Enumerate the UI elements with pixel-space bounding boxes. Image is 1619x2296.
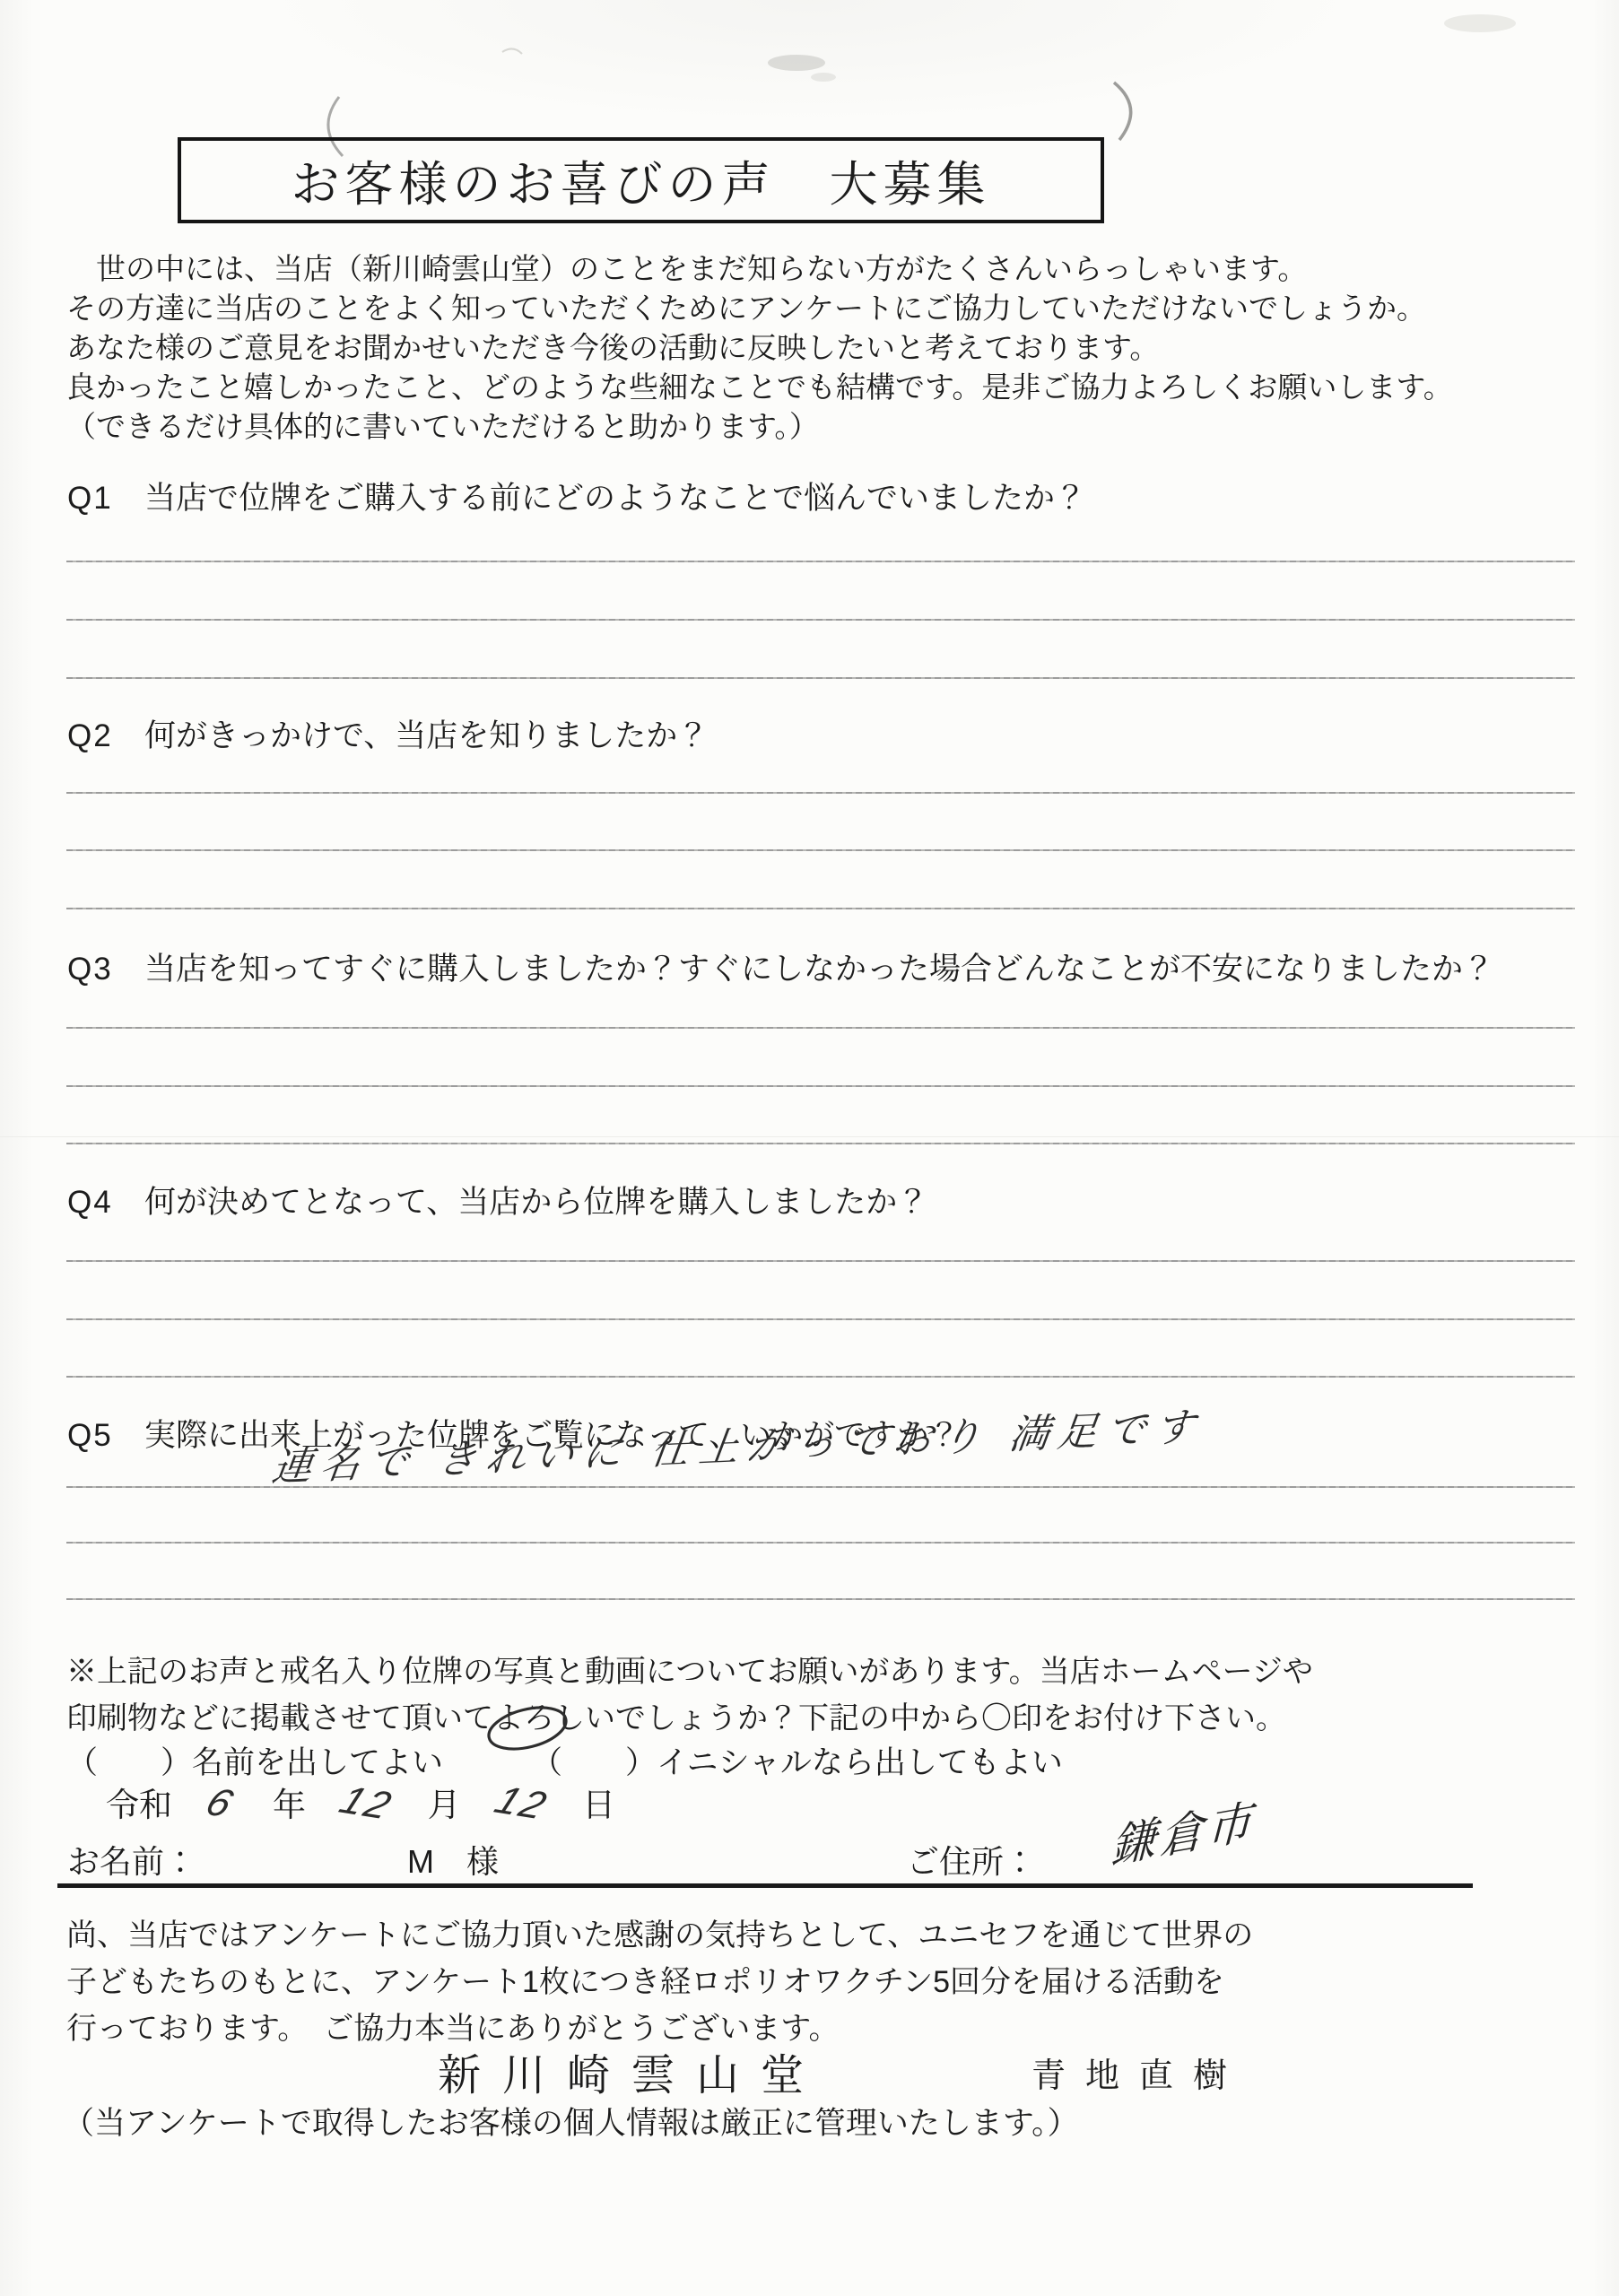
date-row: 令和 6 年 12 月 12 日 — [106, 1778, 913, 1826]
answer-line — [66, 561, 1575, 562]
answer-line — [66, 1542, 1575, 1544]
question-2-text: 何がきっかけで、当店を知りましたか？ — [144, 718, 709, 753]
question-5-number: Q5 — [67, 1418, 144, 1454]
address-label: ご住所： — [907, 1837, 1036, 1883]
question-3-number: Q3 — [67, 952, 144, 987]
answer-line — [66, 1143, 1575, 1144]
shop-name: 新川崎雲山堂 — [438, 2040, 825, 2102]
question-4-text: 何が決めてとなって、当店から位牌を購入しましたか？ — [144, 1185, 928, 1220]
question-1-number: Q1 — [67, 481, 144, 517]
question-1: Q1当店で位牌をご購入する前にどのようなことで悩んでいましたか？ — [67, 474, 1583, 518]
intro-line-5: （できるだけ具体的に書いていただけると助かります。） — [66, 412, 1573, 441]
question-3: Q3当店を知ってすぐに購入しましたか？すぐにしなかった場合どんなことが不安になり… — [67, 944, 1583, 989]
question-5-handwritten-answer: 連名で きれいに 仕上がっており 満足です — [269, 1394, 1207, 1492]
question-2-number: Q2 — [67, 718, 144, 754]
answer-line — [66, 1260, 1575, 1262]
footer-line-1: 尚、当店ではアンケートにご協力頂いた感謝の気持ちとして、ユニセフを通じて世界の — [66, 1910, 1582, 1954]
handwritten-circle-mark — [474, 1697, 581, 1760]
intro-line-1: 世の中には、当店（新川崎雲山堂）のことをまだ知らない方がたくさんいらっしゃいます… — [66, 254, 1573, 283]
year-unit: 年 — [273, 1778, 306, 1826]
owner-name: 青地直樹 — [1031, 2048, 1247, 2097]
day-unit: 日 — [582, 1778, 615, 1826]
year-value-handwritten: 6 — [199, 1780, 241, 1827]
answer-line — [66, 1318, 1575, 1320]
answer-line — [66, 619, 1575, 621]
form-title: お客様のお喜びの声 大募集 — [292, 146, 991, 215]
answer-line — [66, 1486, 1575, 1488]
identity-underline — [57, 1883, 1473, 1888]
era-label: 令和 — [106, 1787, 172, 1823]
identity-row: お名前： M 様 ご住所： — [67, 1837, 1502, 1883]
scan-crease-line — [0, 1136, 1619, 1137]
option-initial-paren-close: ）イニシャルなら出してもよい — [625, 1745, 1063, 1780]
answer-line — [66, 792, 1575, 794]
answer-line — [66, 1027, 1575, 1029]
question-4: Q4何が決めてとなって、当店から位牌を購入しましたか？ — [67, 1178, 1583, 1222]
answer-line — [66, 1376, 1575, 1378]
answer-line — [66, 1085, 1575, 1087]
option-show-initial: （ ）イニシャルなら出してもよい — [531, 1738, 1063, 1783]
month-unit: 月 — [428, 1778, 461, 1826]
question-3-text: 当店を知ってすぐに購入しましたか？すぐにしなかった場合どんなことが不安になりまし… — [144, 952, 1494, 987]
answer-line — [66, 849, 1575, 851]
day-value-handwritten: 12 — [488, 1779, 554, 1829]
privacy-note: （当アンケートで取得したお客様の個人情報は厳正に管理いたします。） — [63, 2099, 1588, 2144]
intro-line-3: あなた様のご意見をお聞かせいただき今後の活動に反映したいと考えております。 — [66, 333, 1573, 362]
permission-options-row: （ ）名前を出してよい （ ）イニシャルなら出してもよい — [66, 1738, 1582, 1783]
answer-line — [66, 677, 1575, 679]
name-value: M 様 — [407, 1837, 499, 1883]
form-title-box: お客様のお喜びの声 大募集 — [178, 137, 1104, 223]
intro-line-2: その方達に当店のことをよく知っていただくためにアンケートにご協力していただけない… — [66, 293, 1573, 323]
intro-line-4: 良かったこと嬉しかったこと、どのような些細なことでも結構です。是非ご協力よろしく… — [66, 372, 1573, 402]
permission-note-line-2: 印刷物などに掲載させて頂いてよろしいでしょうか？下記の中から〇印をお付け下さい。 — [66, 1693, 1582, 1737]
answer-line — [66, 1598, 1575, 1600]
question-4-number: Q4 — [67, 1185, 144, 1221]
option-show-name: （ ）名前を出してよい — [66, 1745, 443, 1780]
answer-line — [66, 908, 1575, 909]
scanned-survey-form: お客様のお喜びの声 大募集 世の中には、当店（新川崎雲山堂）のことをまだ知らない… — [0, 0, 1619, 2296]
question-2: Q2何がきっかけで、当店を知りましたか？ — [67, 711, 1583, 756]
question-1-text: 当店で位牌をご購入する前にどのようなことで悩んでいましたか？ — [144, 481, 1086, 516]
footer-line-2: 子どもたちのもとに、アンケート1枚につき経ロポリオワクチン5回分を届ける活動を — [66, 1957, 1582, 2001]
month-value-handwritten: 12 — [334, 1779, 400, 1829]
name-label: お名前： — [67, 1843, 196, 1880]
permission-note-line-1: ※上記のお声と戒名入り位牌の写真と動画についてお願いがあります。当店ホームページ… — [66, 1647, 1582, 1691]
